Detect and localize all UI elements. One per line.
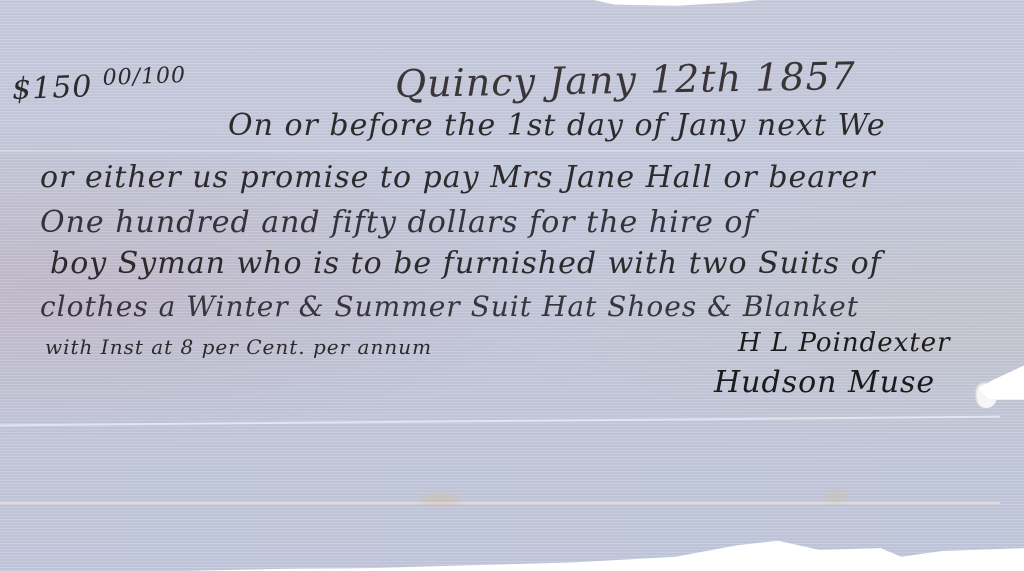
body-line-4: boy Syman who is to be furnished with tw… — [50, 246, 882, 281]
scan-canvas: $150 00/100 Quincy Jany 12th 1857 On or … — [0, 0, 1024, 571]
note-amount: $150 00/100 — [11, 63, 187, 107]
torn-hole — [975, 382, 997, 408]
body-line-1: On or before the 1st day of Jany next We — [228, 108, 886, 143]
stain — [420, 492, 460, 506]
amount-cents: 00/100 — [102, 63, 186, 91]
amount-dollars: $150 — [11, 69, 93, 107]
fold-line — [0, 150, 1024, 152]
body-line-2: or either us promise to pay Mrs Jane Hal… — [40, 160, 876, 195]
stain — [825, 490, 847, 502]
signature-2: Hudson Muse — [714, 365, 935, 400]
body-line-5: clothes a Winter & Summer Suit Hat Shoes… — [40, 290, 859, 323]
signature-1: H L Poindexter — [738, 328, 951, 358]
place-date: Quincy Jany 12th 1857 — [395, 54, 857, 106]
paper-sheet: $150 00/100 Quincy Jany 12th 1857 On or … — [0, 0, 1024, 571]
body-line-6: with Inst at 8 per Cent. per annum — [45, 335, 432, 359]
body-line-3: One hundred and fifty dollars for the hi… — [40, 205, 756, 240]
fold-line — [0, 416, 1000, 427]
fold-line — [0, 502, 1000, 504]
